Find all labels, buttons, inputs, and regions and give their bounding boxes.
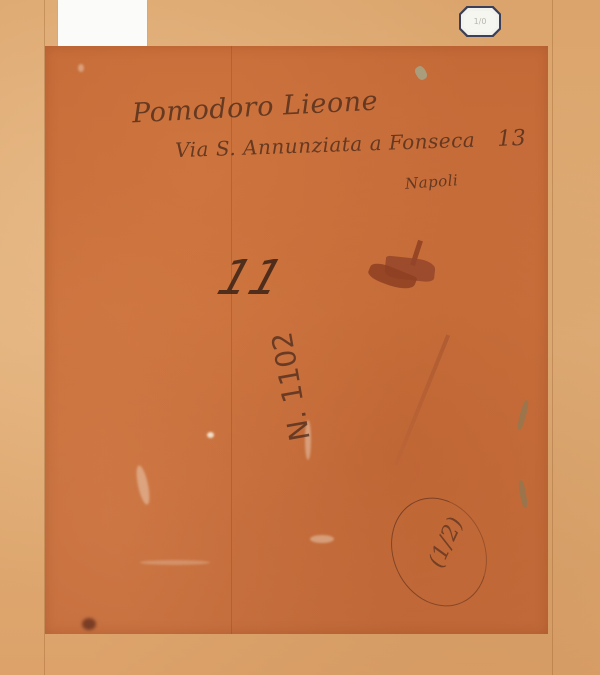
scuff-mark [78, 64, 84, 72]
panel-back: 1/0 Pomodoro Lieone Via S. Annunziata a … [0, 0, 600, 675]
frame-seam-right [552, 0, 553, 675]
paper-patch [58, 0, 147, 46]
inventory-label: 1/0 [461, 8, 499, 35]
board-seam [231, 46, 232, 634]
scuff-mark [310, 535, 334, 543]
scuff-mark [207, 432, 214, 438]
inscription-city: Napoli [404, 171, 458, 193]
scuff-mark [140, 560, 210, 565]
label-text: 1/0 [464, 11, 496, 32]
dark-stain [82, 618, 96, 630]
inscription-house-number: 13 [497, 126, 527, 152]
